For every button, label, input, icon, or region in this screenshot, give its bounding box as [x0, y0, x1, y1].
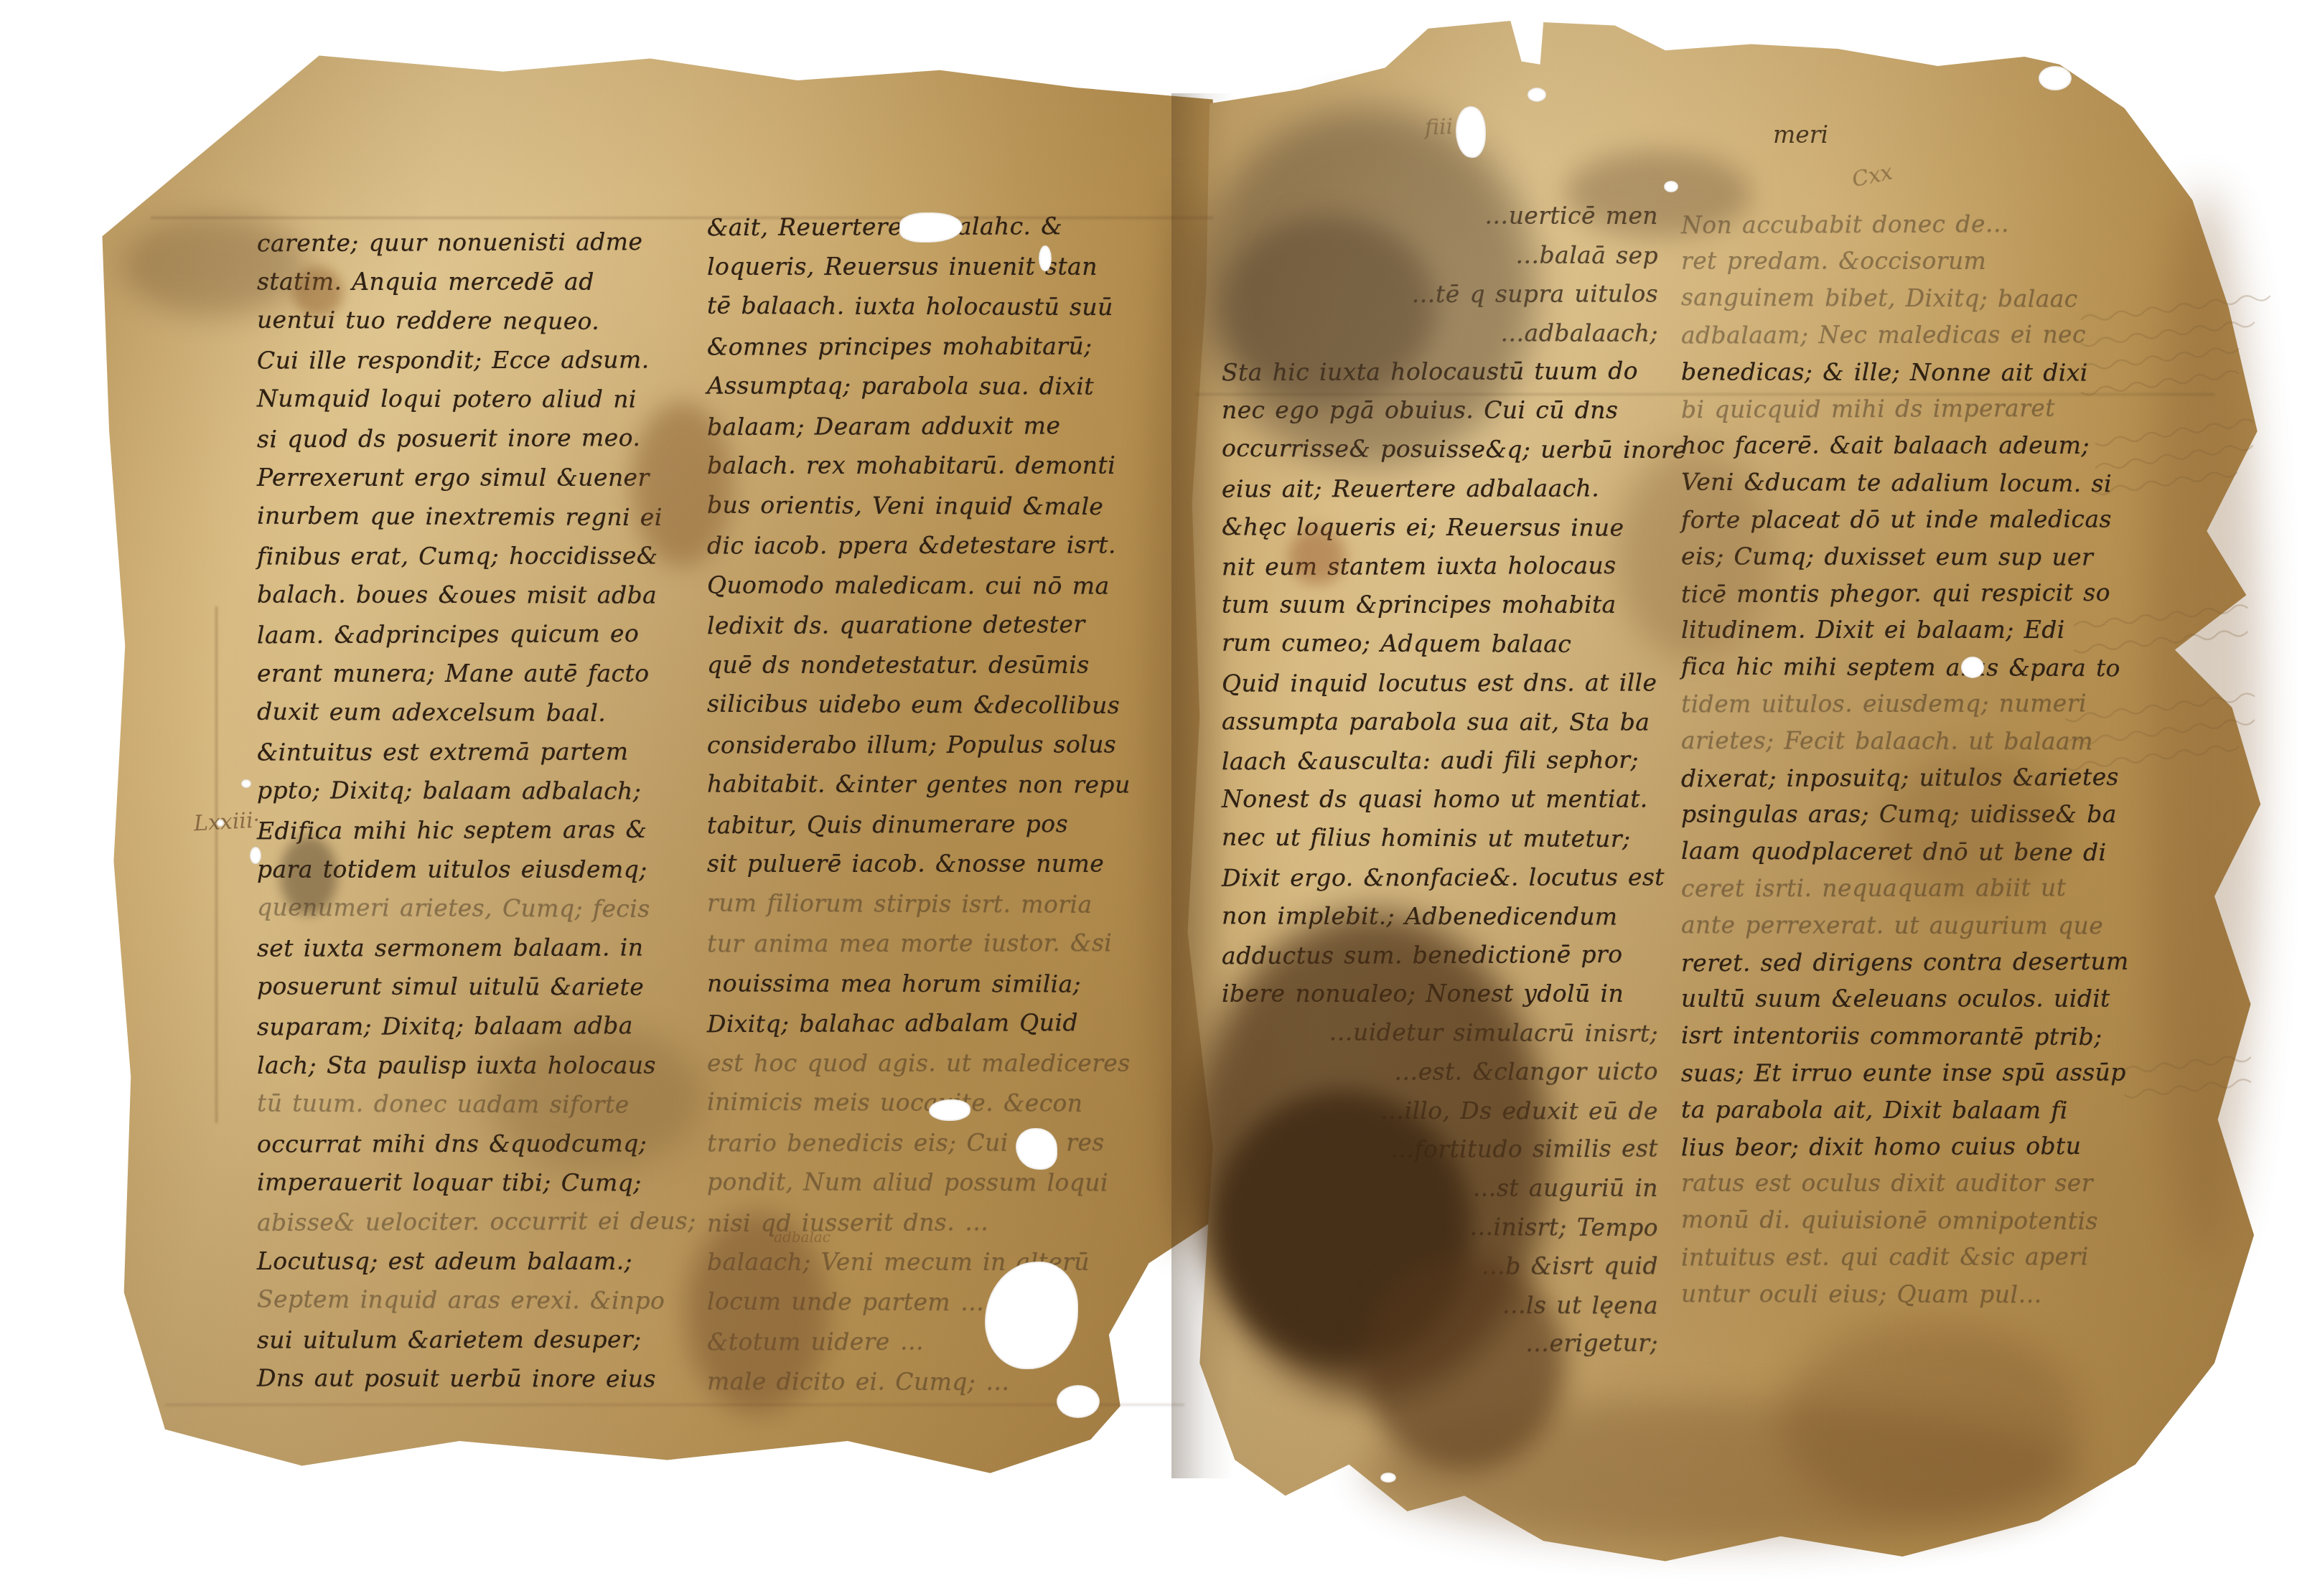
manuscript-line: …ls ut lęena: [1222, 1290, 1658, 1319]
manuscript-line: finibus erat, Cumq; hoccidisse&: [257, 541, 682, 570]
manuscript-line: loqueris, Reuersus inuenit stan: [707, 253, 1131, 281]
running-title-right: meri: [1773, 121, 1828, 149]
manuscript-line: tabitur, Quis dinumerare pos: [707, 809, 1131, 839]
manuscript-line: Non accubabit donec de…: [1681, 210, 2141, 240]
manuscript-line: est hoc quod agis. ut malediceres: [707, 1049, 1131, 1077]
manuscript-line: …erigetur;: [1222, 1329, 1658, 1359]
manuscript-line: hoc facerē. &ait balaach adeum;: [1681, 431, 2141, 459]
manuscript-line: nec ego pgā obuius. Cui cū dns: [1222, 396, 1658, 424]
manuscript-line: …fortitudo similis est: [1222, 1135, 1658, 1165]
manuscript-line: ibere nonualeo; Nonest ydolū in: [1222, 980, 1658, 1008]
manuscript-line: …b &isrt quid: [1222, 1252, 1658, 1280]
manuscript-line: &omnes principes mohabitarū;: [707, 332, 1131, 360]
manuscript-line: inimicis meis uocauite. &econ: [707, 1088, 1131, 1117]
manuscript-line: suas; Et irruo eunte inse spū assūp: [1681, 1058, 2141, 1086]
manuscript-line: tū tuum. donec uadam siforte: [257, 1089, 682, 1119]
manuscript-line: quenumeri arietes, Cumq; fecis: [257, 893, 682, 923]
manuscript-line: ppto; Dixitq; balaam adbalach;: [257, 776, 682, 804]
manuscript-line: para totidem uitulos eiusdemq;: [257, 855, 682, 883]
manuscript-line: Nonest ds quasi homo ut mentiat.: [1222, 785, 1658, 813]
manuscript-line: &hęc loqueris ei; Reuersus inue: [1222, 512, 1658, 541]
manuscript-line: ratus est oculus dixit auditor ser: [1681, 1169, 2141, 1197]
manuscript-line: nec ut filius hominis ut mutetur;: [1222, 823, 1658, 853]
manuscript-line: …st auguriū in: [1222, 1174, 1658, 1202]
manuscript-line: male dicito ei. Cumq; …: [707, 1367, 1131, 1396]
manuscript-line: benedicas; & ille; Nonne ait dixi: [1681, 357, 2141, 386]
manuscript-line: bi quicquid mihi ds imperaret: [1681, 394, 2141, 424]
manuscript-line: Sta hic iuxta holocaustū tuum do: [1222, 357, 1658, 387]
manuscript-line: ticē montis phegor. qui respicit so: [1681, 578, 2141, 609]
manuscript-line: …tē q supra uitulos: [1222, 279, 1658, 308]
manuscript-line: Perrexerunt ergo simul &uener: [257, 464, 682, 492]
manuscript-line: …illo, Ds eduxit eū de: [1222, 1096, 1658, 1125]
manuscript-line: pondit, Num aliud possum loqui: [707, 1168, 1131, 1196]
manuscript-line: untur oculi eius; Quam pul…: [1681, 1280, 2141, 1308]
manuscript-line: dic iacob. ppera &detestare isrt.: [707, 530, 1131, 559]
manuscript-line: arietes; Fecit balaach. ut balaam: [1681, 726, 2141, 755]
manuscript-line: ta parabola ait, Dixit balaam fi: [1681, 1095, 2141, 1124]
manuscript-line: balach. boues &oues misit adba: [257, 580, 682, 609]
manuscript-line: carente; quur nonuenisti adme: [257, 227, 682, 257]
manuscript-line: balaam; Dearam adduxit me: [707, 411, 1131, 441]
manuscript-line: Dns aut posuit uerbū inore eius: [257, 1363, 682, 1392]
manuscript-line: &totum uidere …: [707, 1327, 1131, 1356]
manuscript-line: &intuitus est extremā partem: [257, 737, 682, 766]
manuscript-line: habitabit. &inter gentes non repu: [707, 769, 1131, 798]
manuscript-line: nit eum stantem iuxta holocaus: [1222, 551, 1658, 581]
manuscript-line: tum suum &principes mohabita: [1222, 591, 1658, 619]
manuscript-line: reret. sed dirigens contra desertum: [1681, 947, 2141, 977]
running-title-left: fiii: [1424, 114, 1453, 140]
manuscript-line: duxit eum adexcelsum baal.: [257, 698, 682, 727]
manuscript-line: Assumptaq; parabola sua. dixit: [707, 371, 1131, 400]
manuscript-line: tidem uitulos. eiusdemq; numeri: [1681, 689, 2141, 718]
manuscript-line: Cui ille respondit; Ecce adsum.: [257, 345, 682, 374]
manuscript-line: rum filiorum stirpis isrt. moria: [707, 889, 1131, 919]
manuscript-line: isrt intentoriis commorantē ptrib;: [1681, 1021, 2141, 1051]
manuscript-line: sanguinem bibet, Dixitq; balaac: [1681, 283, 2141, 314]
manuscript-line: locum unde partem … uideas: [707, 1287, 1131, 1317]
manuscript-line: assumpta parabola sua ait, Sta ba: [1222, 707, 1658, 736]
manuscript-line: nouissima mea horum similia;: [707, 969, 1131, 997]
manuscript-line: occurrisse& posuisse&q; uerbū inore: [1222, 434, 1658, 464]
manuscript-line: balaach; Veni mecum in alterū: [707, 1248, 1131, 1276]
manuscript-line: uentui tuo reddere nequeo.: [257, 306, 682, 335]
manuscript-line: Locutusq; est adeum balaam.;: [257, 1247, 682, 1275]
manuscript-line: forte placeat dō ut inde maledicas: [1681, 504, 2141, 533]
manuscript-line: eis; Cumq; duxisset eum sup uer: [1681, 542, 2141, 571]
manuscript-line: tē balaach. iuxta holocaustū suū: [707, 291, 1131, 321]
manuscript-line: sit puluerē iacob. &nosse nume: [707, 850, 1131, 878]
manuscript-line: litudinem. Dixit ei balaam; Edi: [1681, 616, 2141, 644]
manuscript-line: sui uitulum &arietem desuper;: [257, 1325, 682, 1353]
manuscript-line: Veni &ducam te adalium locum. si: [1681, 468, 2141, 498]
manuscript-line: quē ds nondetestatur. desūmis: [707, 651, 1131, 679]
manuscript-line: balach. rex mohabitarū. demonti: [707, 451, 1131, 479]
manuscript-line: erant munera; Mane autē facto: [257, 659, 682, 687]
manuscript-line: inurbem que inextremis regni ei: [257, 502, 682, 531]
manuscript-line: psingulas aras; Cumq; uidisse& ba: [1681, 800, 2141, 828]
manuscript-line: ledixit ds. quaratione detester: [707, 610, 1131, 639]
manuscript-line: …uerticē men: [1222, 202, 1658, 230]
manuscript-line: ante perrexerat. ut augurium que: [1681, 911, 2141, 939]
text-column-2: &ait, Reuertere adbalahc. &loqueris, Reu…: [707, 212, 1131, 1432]
chapter-numeral: Lxxiii·: [193, 808, 261, 837]
text-column-1: carente; quur nonuenisti admestatim. Anq…: [257, 228, 682, 1419]
manuscript-line: non implebit.; Adbenedicendum: [1222, 901, 1658, 930]
manuscript-line: Dixitq; balahac adbalam Quid: [707, 1008, 1131, 1038]
manuscript-line: abisse& uelociter. occurrit ei deus;: [257, 1207, 682, 1236]
manuscript-line: ret predam. &occisorum: [1681, 247, 2141, 275]
manuscript-line: statim. Anquia mercedē ad: [257, 268, 682, 296]
manuscript-line: fica hic mihi septem aras &para to: [1681, 652, 2141, 682]
manuscript-line: tur anima mea morte iustor. &si: [707, 929, 1131, 957]
manuscript-line: occurrat mihi dns &quodcumq;: [257, 1129, 682, 1158]
manuscript-line: laam quodplaceret dnō ut bene di: [1681, 837, 2141, 867]
manuscript-line: posuerunt simul uitulū &ariete: [257, 972, 682, 1000]
manuscript-line: ceret isrti. nequaquam abiit ut: [1681, 873, 2141, 902]
manuscript-line: adbalaam; Nec maledicas ei nec: [1681, 320, 2141, 349]
manuscript-line: trario benedicis eis; Cui ille res: [707, 1128, 1131, 1157]
manuscript-line: adductus sum. benedictionē pro: [1222, 940, 1658, 970]
manuscript-line: uultū suum &eleuans oculos. uidit: [1681, 985, 2141, 1013]
manuscript-line: lach; Sta paulisp iuxta holocaus: [257, 1051, 682, 1079]
manuscript-line: bus orientis, Veni inquid &male: [707, 491, 1131, 520]
manuscript-line: Edifica mihi hic septem aras &: [257, 815, 682, 845]
manuscript-line: lius beor; dixit homo cuius obtu: [1681, 1132, 2141, 1162]
manuscript-line: set iuxta sermonem balaam. in: [257, 933, 682, 962]
manuscript-line: considerabo illum; Populus solus: [707, 730, 1131, 759]
manuscript-line: Dixit ergo. &nonfacie&. locutus est: [1222, 863, 1658, 891]
manuscript-line: monū di. quiuisionē omnipotentis: [1681, 1206, 2141, 1236]
manuscript-line: suparam; Dixitq; balaam adba: [257, 1011, 682, 1041]
manuscript-line: …inisrt; Tempo: [1222, 1212, 1658, 1242]
manuscript-line: laach &ausculta: audi fili sephor;: [1222, 746, 1658, 776]
manuscript-line: intuitus est. qui cadit &sic aperi: [1681, 1242, 2141, 1271]
manuscript-line: …balaā sep: [1222, 240, 1658, 270]
manuscript-line: rum cumeo; Adquem balaac: [1222, 629, 1658, 659]
scan-background: fiii meri Cxx Lxxiii· adbalac carente; q…: [0, 0, 2297, 1596]
manuscript-line: …uidetur simulacrū inisrt;: [1222, 1018, 1658, 1048]
manuscript-line: &ait, Reuertere adbalahc. &: [707, 212, 1131, 241]
manuscript-line: silicibus uidebo eum &decollibus: [707, 690, 1131, 719]
manuscript-line: Numquid loqui potero aliud ni: [257, 384, 682, 413]
text-column-3: …uerticē men…balaā sep…tē q supra uitulo…: [1222, 163, 1658, 1397]
manuscript-line: dixerat; inposuitq; uitulos &arietes: [1681, 763, 2141, 793]
manuscript-line: nisi qd iusserit dns. …: [707, 1208, 1131, 1237]
manuscript-line: eius ait; Reuertere adbalaach.: [1222, 474, 1658, 502]
manuscript-line: Quid inquid locutus est dns. at ille: [1222, 668, 1658, 697]
text-column-4: Non accubabit donec de…ret predam. &occi…: [1681, 210, 2141, 1344]
manuscript-line: si quod ds posuerit inore meo.: [257, 423, 682, 453]
manuscript-line: …est. &clangor uicto: [1222, 1057, 1658, 1086]
manuscript-line: laam. &adprincipes quicum eo: [257, 619, 682, 649]
manuscript-line: Quomodo maledicam. cui nō ma: [707, 571, 1131, 599]
manuscript-line: …adbalaach;: [1222, 318, 1658, 347]
manuscript-line: Septem inquid aras erexi. &inpo: [257, 1285, 682, 1315]
manuscript-line: imperauerit loquar tibi; Cumq;: [257, 1168, 682, 1196]
